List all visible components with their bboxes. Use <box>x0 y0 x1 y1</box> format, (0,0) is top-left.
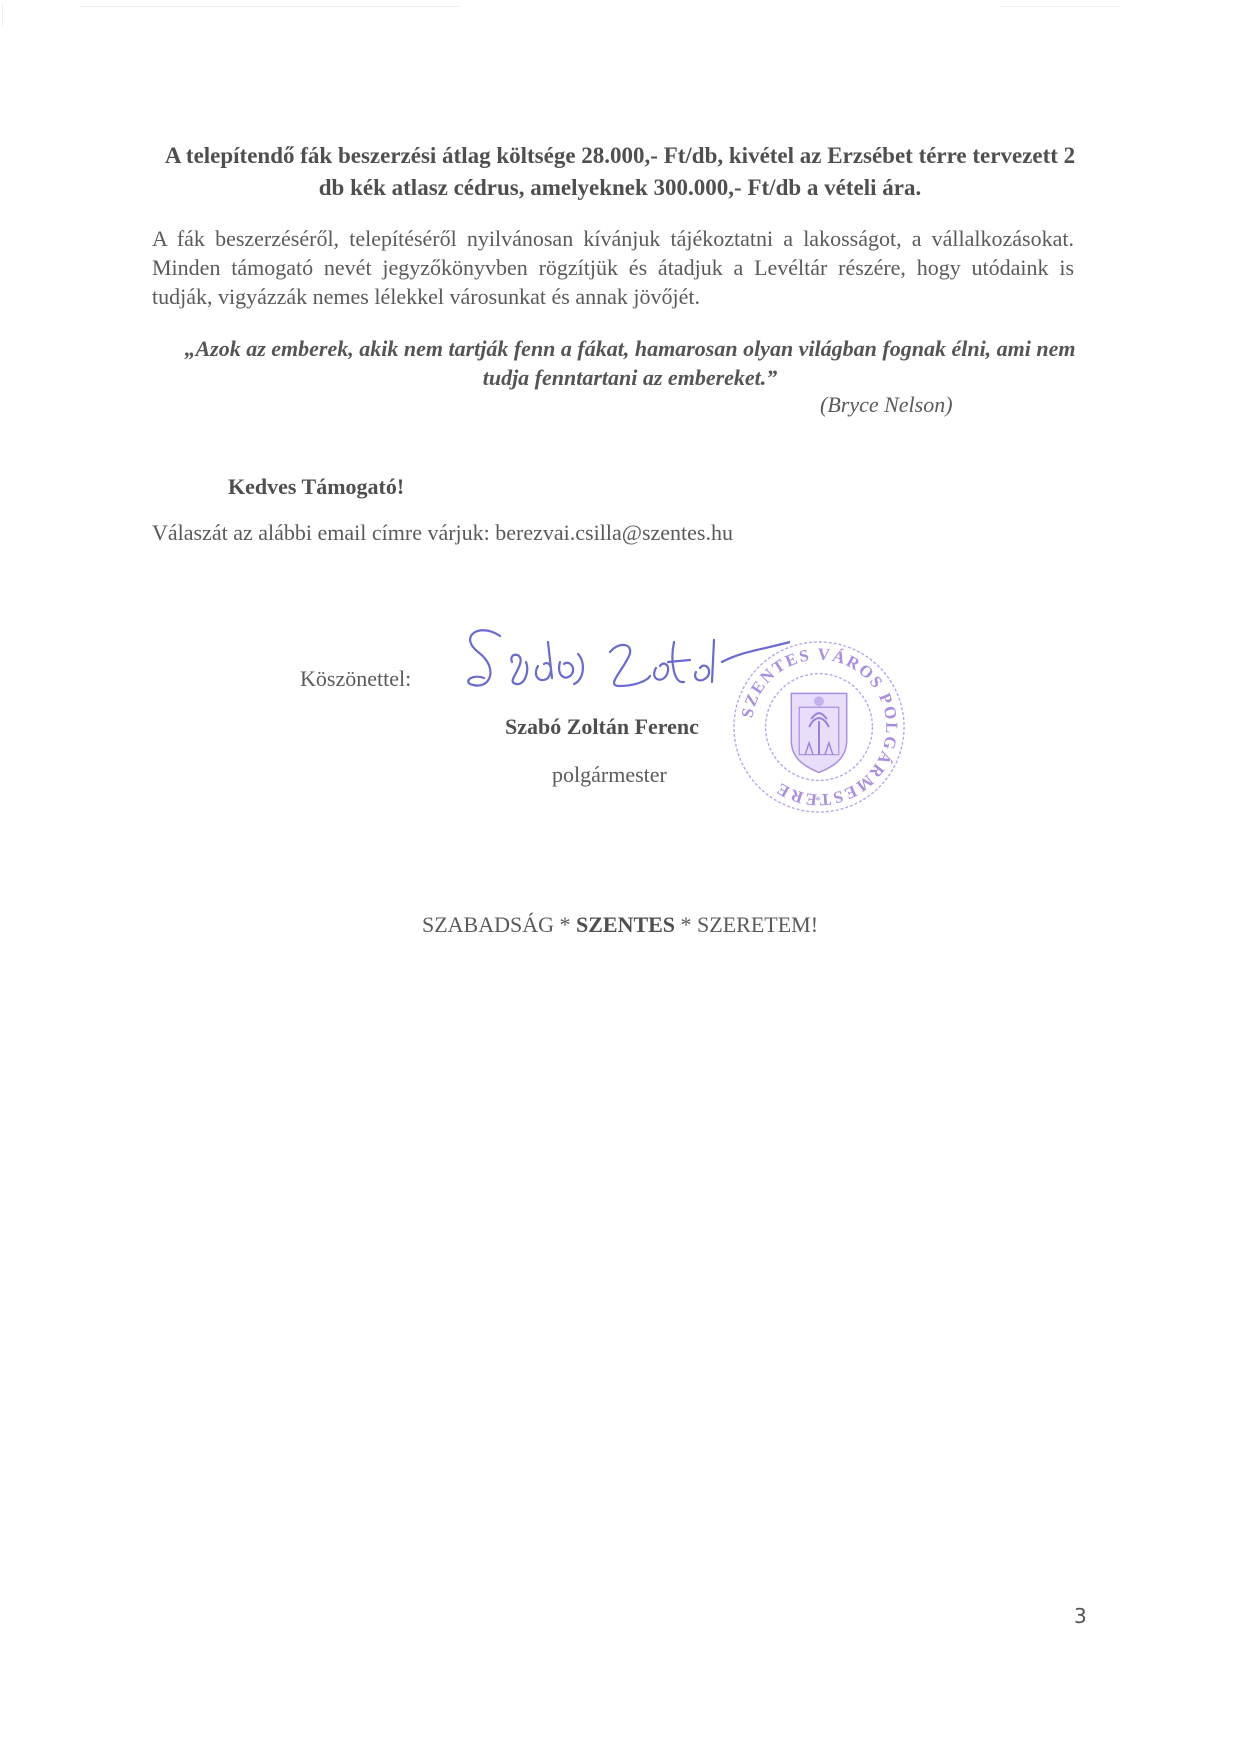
cost-paragraph: A telepítendő fák beszerzési átlag költs… <box>150 140 1090 204</box>
quote-author: (Bryce Nelson) <box>820 392 953 418</box>
page-number: 3 <box>1074 1604 1087 1628</box>
scan-artifact <box>1000 6 1120 7</box>
svg-text:*: * <box>815 793 821 807</box>
motto-part-1: SZABADSÁG * <box>422 912 576 937</box>
motto-part-3: * SZERETEM! <box>675 912 818 937</box>
motto-part-2: SZENTES <box>576 912 675 937</box>
quote-text: „Azok az emberek, akik nem tartják fenn … <box>170 334 1090 392</box>
scan-artifact <box>80 6 460 7</box>
motto: SZABADSÁG * SZENTES * SZERETEM! <box>0 912 1240 938</box>
greeting: Kedves Támogató! <box>228 474 404 500</box>
scan-artifact <box>2 4 3 26</box>
reply-instruction: Válaszát az alábbi email címre várjuk: b… <box>152 520 733 546</box>
signer-name: Szabó Zoltán Ferenc <box>505 714 699 740</box>
official-stamp: SZENTES VÁROS POLGÁRMESTERE * <box>730 638 908 816</box>
coat-of-arms-icon <box>791 693 846 772</box>
reply-text: Válaszát az alábbi email címre várjuk: b… <box>152 520 733 545</box>
signer-title: polgármester <box>552 762 667 788</box>
info-paragraph: A fák beszerzéséről, telepítéséről nyilv… <box>152 224 1074 311</box>
closing-thanks: Köszönettel: <box>300 666 411 692</box>
